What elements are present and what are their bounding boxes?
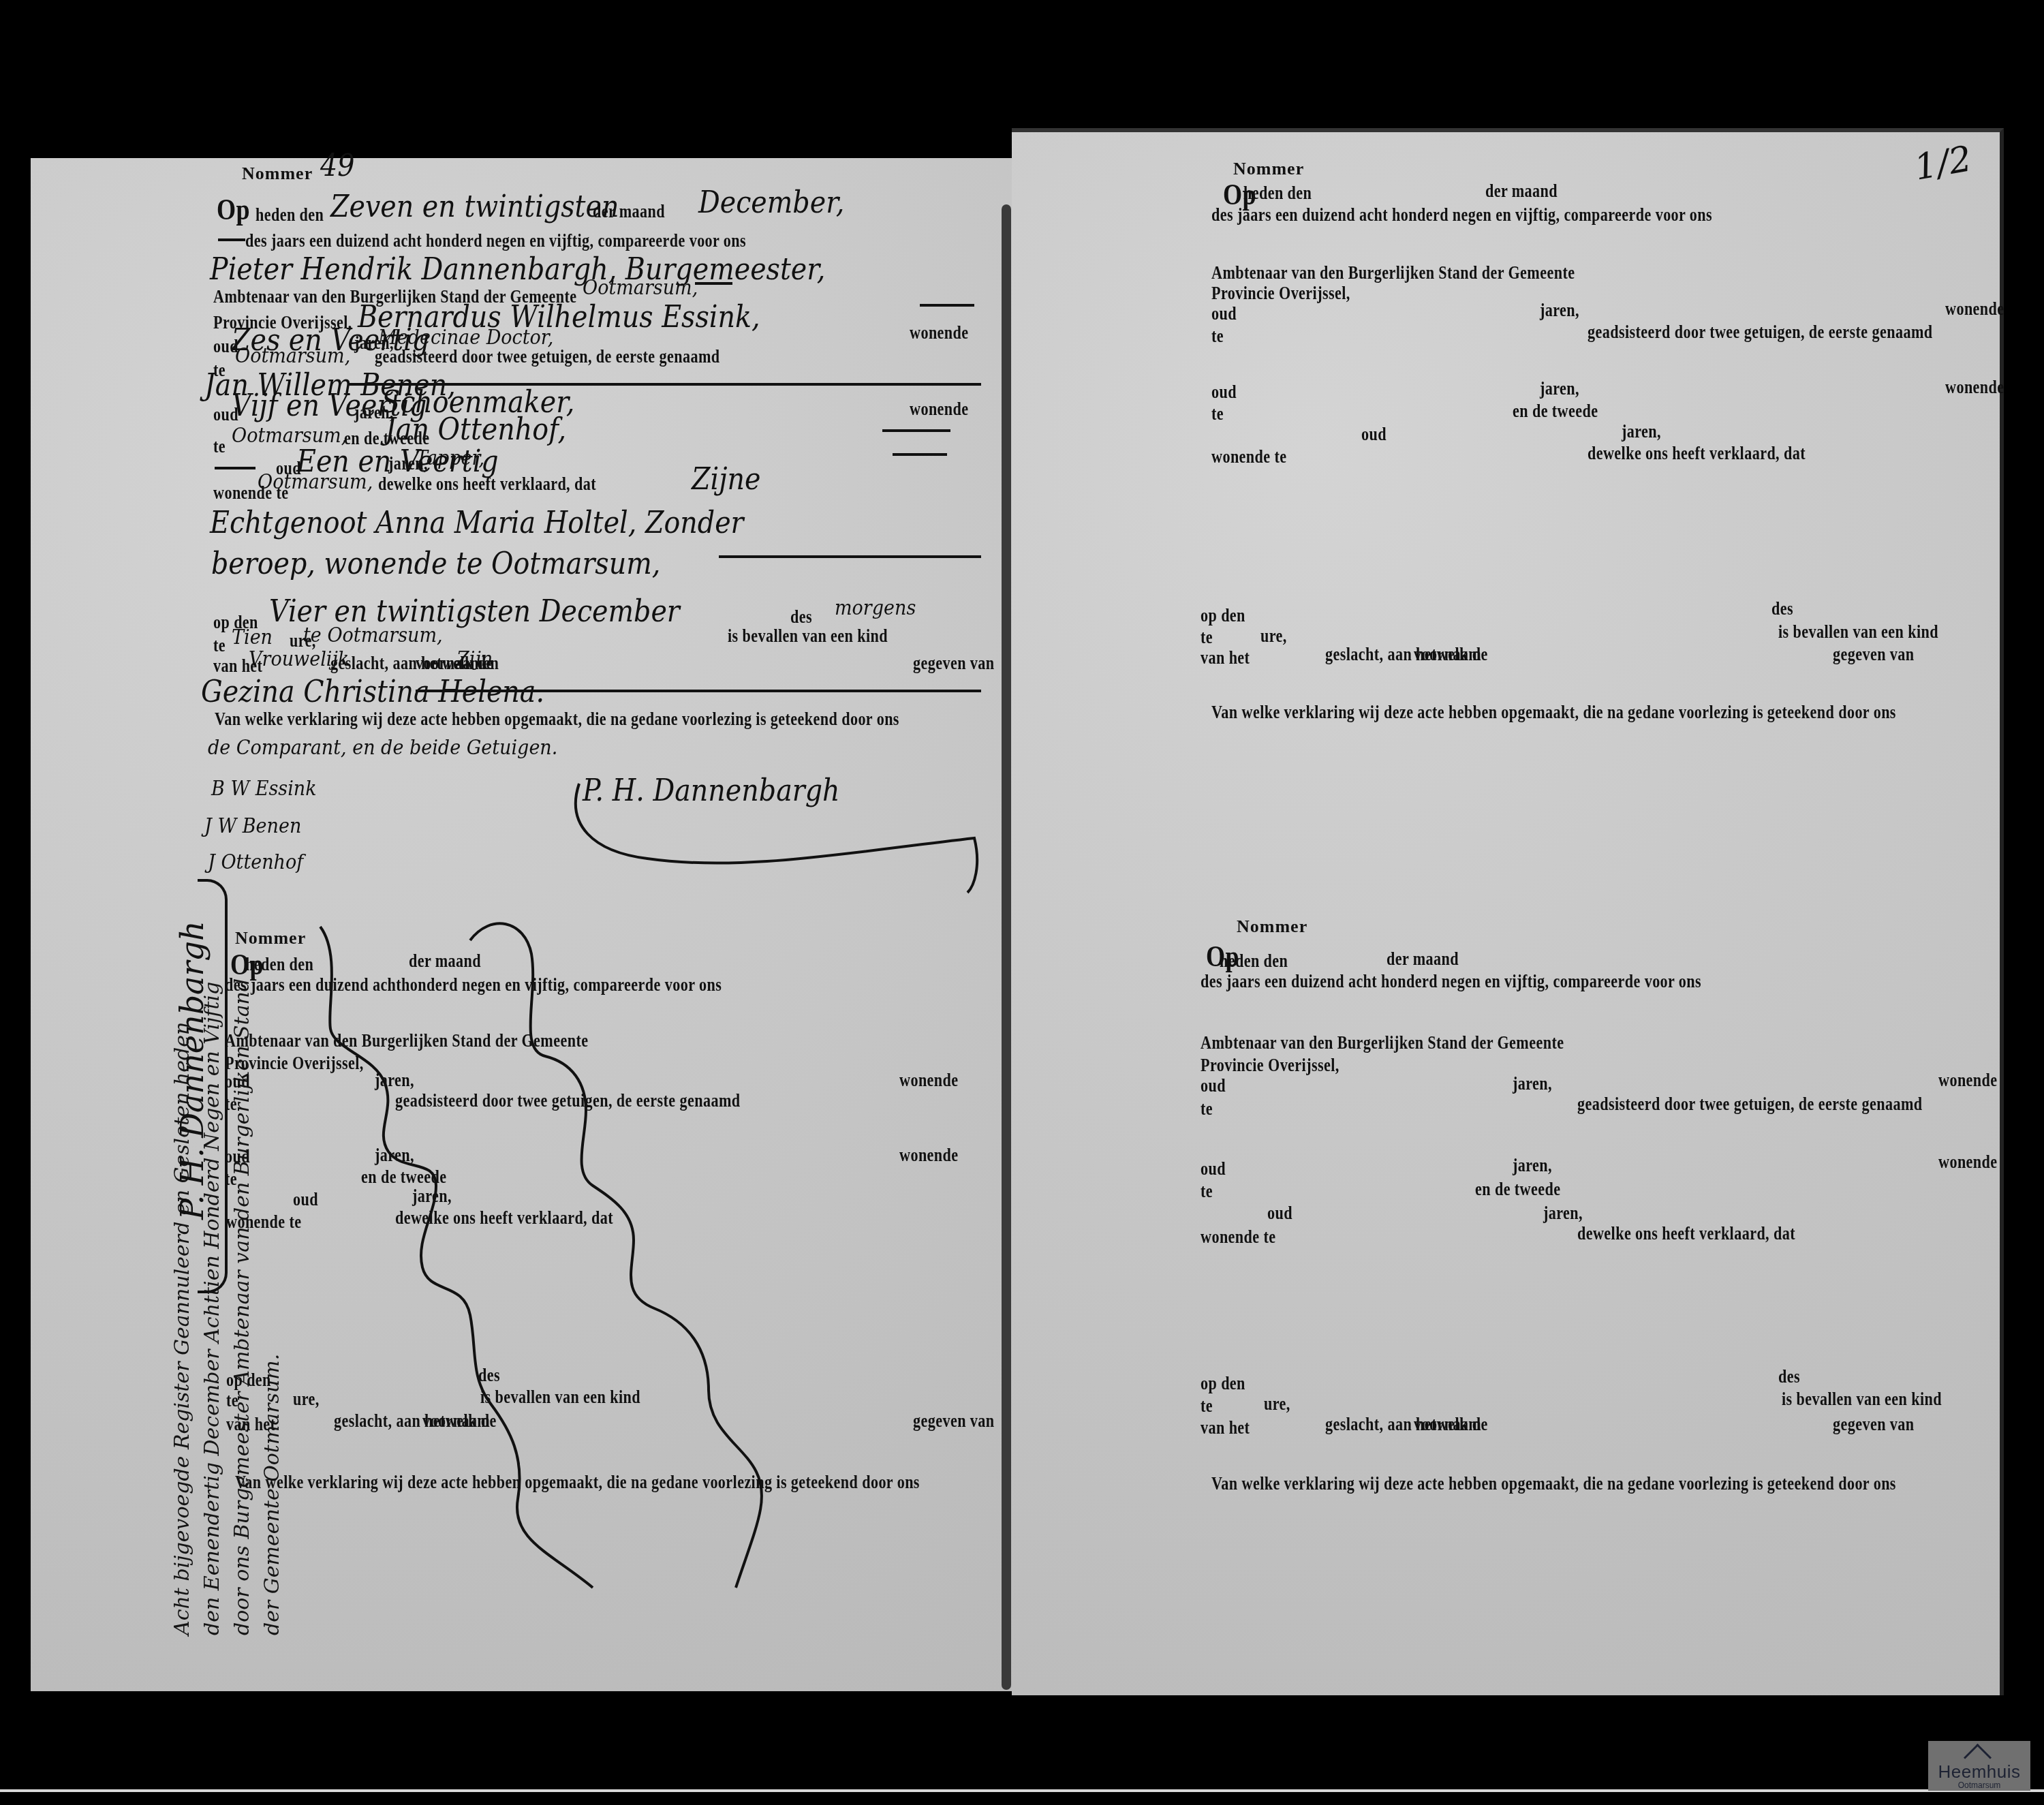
rule xyxy=(215,467,255,469)
op-initial: Op xyxy=(217,192,250,227)
label-ure: ure, xyxy=(1260,626,1287,647)
hw-zijn: Zijn xyxy=(456,647,493,671)
signature-witness1: J W Benen xyxy=(204,814,301,838)
hw-hour: Tien xyxy=(232,626,273,649)
label-ambtenaar: Ambtenaar van den Burgerlijken Stand der… xyxy=(1201,1032,1564,1053)
heemhuis-logo: Heemhuis Ootmarsum xyxy=(1928,1741,2030,1791)
label-oud: oud xyxy=(1211,303,1237,324)
label-wonende: wonende xyxy=(1938,1070,1998,1091)
label-op-den: op den xyxy=(1201,1373,1245,1394)
hw-month: December, xyxy=(698,185,844,220)
label-der-maand: der maand xyxy=(1387,948,1459,970)
hw-time-of-day: morgens xyxy=(835,596,916,620)
nommer-value: 49 xyxy=(320,149,354,183)
label-wonende: wonende xyxy=(1945,298,2004,320)
rule xyxy=(882,429,950,432)
label-provincie: Provincie Overijssel, xyxy=(1211,283,1350,304)
label-te: te xyxy=(1201,627,1213,648)
nommer-label: Nommer xyxy=(1233,159,1304,179)
label-jaren: jaren, xyxy=(1622,421,1661,442)
hw-witness2: Jan Ottenhof, xyxy=(385,412,566,447)
label-closing: Van welke verklaring wij deze acte hebbe… xyxy=(215,709,899,730)
label-declared: dewelke ons heeft verklaard, dat xyxy=(378,474,596,495)
label-oud: oud xyxy=(1361,424,1387,445)
label-wonende-te: wonende te xyxy=(1201,1227,1275,1248)
hw-day: Zeven en twintigsten xyxy=(330,189,619,224)
rule xyxy=(416,690,981,692)
label-year-line: des jaars een duizend acht honderd negen… xyxy=(245,230,746,251)
signature-declarant: B W Essink xyxy=(211,777,317,801)
rule xyxy=(893,453,947,456)
label-oud: oud xyxy=(1267,1203,1292,1224)
label-van-het: van het xyxy=(1201,1417,1250,1438)
label-witness-intro: geadsisteerd door twee getuigen, de eers… xyxy=(1588,322,1932,343)
nommer-label: Nommer xyxy=(242,164,313,184)
label-witness-intro: geadsisteerd door twee getuigen, de eers… xyxy=(375,346,719,367)
rule xyxy=(695,282,732,285)
label-voornaam: voornaam xyxy=(1414,644,1481,665)
label-der-maand: der maand xyxy=(593,201,665,222)
label-closing: Van welke verklaring wij deze acte hebbe… xyxy=(1211,702,1896,723)
label-bevallen: is bevallen van een kind xyxy=(1778,621,1938,643)
label-te: te xyxy=(1211,403,1224,425)
label-wonende-te: wonende te xyxy=(1211,446,1286,467)
label-voornaam: voornaam xyxy=(1414,1414,1481,1435)
label-op-den: op den xyxy=(1201,605,1245,626)
label-oud: oud xyxy=(1201,1075,1226,1096)
label-oud: oud xyxy=(1201,1158,1226,1179)
label-en-de-tweede: en de tweede xyxy=(1475,1179,1560,1200)
label-te: te xyxy=(225,1094,237,1115)
hw-mother-occupation: beroep, wonende te Ootmarsum, xyxy=(211,546,660,581)
label-gegeven-van: gegeven van xyxy=(913,653,995,674)
label-ambtenaar: Ambtenaar van den Burgerlijken Stand der… xyxy=(1211,262,1575,283)
rule xyxy=(920,304,974,307)
label-bevallen: is bevallen van een kind xyxy=(1782,1389,1942,1410)
label-te: te xyxy=(1201,1098,1213,1120)
label-der-maand: der maand xyxy=(1485,181,1558,202)
label-jaren: jaren, xyxy=(1543,1203,1583,1224)
label-wonende: wonende xyxy=(1945,377,2004,398)
label-van-het: van het xyxy=(1201,647,1250,668)
label-te: te xyxy=(213,436,226,457)
label-gegeven-van: gegeven van xyxy=(1833,1414,1915,1435)
hw-mother: Echtgenoot Anna Maria Holtel, Zonder xyxy=(210,506,744,540)
label-te: te xyxy=(225,1169,237,1190)
logo-city: Ootmarsum xyxy=(1928,1780,2030,1790)
scan-bottom-edge xyxy=(0,1789,2044,1792)
hw-signed-by: de Comparant, en de beide Getuigen. xyxy=(208,736,557,760)
label-des: des xyxy=(1778,1366,1800,1387)
cancellation-wave-lines xyxy=(266,913,1015,1594)
label-des: des xyxy=(1771,598,1793,619)
label-declared: dewelke ons heeft verklaard, dat xyxy=(1588,443,1806,464)
label-te: te xyxy=(1201,1181,1213,1202)
label-oud: oud xyxy=(225,1071,250,1092)
label-wonende: wonende xyxy=(910,399,969,420)
label-jaren: jaren, xyxy=(1540,300,1579,321)
label-oud: oud xyxy=(1211,382,1237,403)
signature-bracket xyxy=(198,879,228,1293)
label-des: des xyxy=(790,606,812,628)
hw-place: Ootmarsum, xyxy=(235,344,350,368)
label-en-de-tweede: en de tweede xyxy=(1513,401,1598,422)
nommer-label: Nommer xyxy=(1237,916,1307,937)
label-closing: Van welke verklaring wij deze acte hebbe… xyxy=(1211,1473,1896,1494)
hw-occupation-witness2: Tapper, xyxy=(416,446,484,470)
label-heden-den: heden den xyxy=(255,204,324,226)
label-declared: dewelke ons heeft verklaard, dat xyxy=(1577,1223,1795,1244)
label-te: te xyxy=(1201,1395,1213,1417)
label-te: te xyxy=(1211,326,1224,347)
label-wonende: wonende xyxy=(910,322,969,343)
label-ure: ure, xyxy=(1264,1393,1290,1415)
label-wonende: wonende xyxy=(1938,1152,1998,1173)
hw-birth-place: te Ootmarsum, xyxy=(303,623,443,647)
label-gegeven-van: gegeven van xyxy=(1833,644,1915,665)
hw-place: Ootmarsum, xyxy=(258,470,373,494)
hw-official: Pieter Hendrik Dannenbargh, Burgemeester… xyxy=(210,252,825,287)
label-jaren: jaren, xyxy=(1540,378,1579,399)
label-oud: oud xyxy=(225,1146,250,1167)
rule xyxy=(719,555,981,558)
hw-municipality: Ootmarsum, xyxy=(583,276,698,300)
label-te: te xyxy=(226,1390,238,1411)
label-jaren: jaren, xyxy=(1513,1073,1552,1094)
label-te: te xyxy=(213,635,226,656)
label-year-line: des jaars een duizend acht honderd negen… xyxy=(1211,204,1712,226)
label-bevallen: is bevallen van een kind xyxy=(728,626,888,647)
signature-flourish xyxy=(566,770,988,906)
label-provincie: Provincie Overijssel, xyxy=(1201,1055,1340,1076)
rule xyxy=(218,238,245,241)
logo-name: Heemhuis xyxy=(1928,1761,2030,1783)
hw-zijne: Zijne xyxy=(692,462,760,497)
signature-witness2: J Ottenhof xyxy=(208,850,303,874)
label-witness-intro: geadsisteerd door twee getuigen, de eers… xyxy=(1577,1094,1922,1115)
right-page xyxy=(1012,128,2004,1695)
label-heden-den: heden den xyxy=(1243,183,1312,204)
label-year-line: des jaars een duizend acht honderd negen… xyxy=(1201,971,1701,992)
label-op-den: op den xyxy=(226,1370,271,1391)
label-heden-den: heden den xyxy=(1220,951,1288,972)
label-jaren: jaren, xyxy=(1513,1155,1552,1176)
